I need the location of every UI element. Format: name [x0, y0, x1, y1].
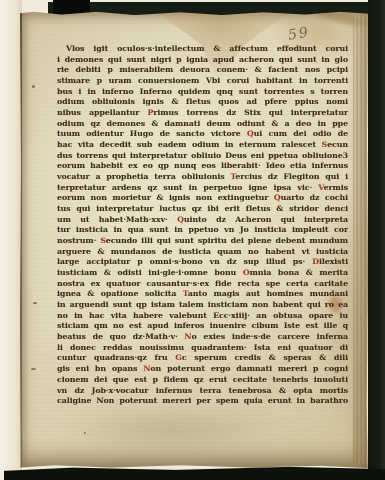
text-line: caligine Non poterunt mereri per spem qu… [57, 396, 348, 407]
line-text: ecun [327, 140, 348, 149]
line-text: ecundo illi qui sunt spiritu dei plene d… [106, 236, 348, 245]
line-text: um ut habet·Math·xxv· [57, 215, 177, 224]
margin-speck [33, 302, 37, 304]
line-text: mnia bona & merita [250, 268, 348, 277]
text-line: odium qz demones & damnati deum odiunt &… [57, 119, 348, 130]
line-text: gis eni bn opans [57, 364, 143, 373]
page-speck [84, 432, 86, 434]
photo-backdrop-right-band [368, 0, 385, 480]
rubricated-initial: Q [177, 215, 184, 224]
line-text: in arguendi sunt qp istam talem insticia… [57, 300, 348, 309]
rubricated-initial: Q [274, 193, 281, 202]
gutter-shadow [22, 11, 29, 468]
text-line: i demones qui sunt nigri p ignia apud ac… [57, 55, 348, 66]
line-text: rimus torrens dz Stix qui interpretatur [153, 108, 348, 117]
line-text: dus torrens qui interpretatur obliuio De… [57, 151, 348, 160]
rubricated-initial: D [312, 257, 319, 266]
line-text: rie debiti p miserabilem deuora conem· &… [57, 65, 348, 74]
line-text: stimare p uram conuersionem Vbi corui ha… [57, 76, 348, 85]
line-text: vocatur a prophetia terra obliuionis [57, 172, 231, 181]
text-line: no in hac vita habere valebunt Ecc·xiiij… [57, 311, 348, 322]
line-text: large accipiatur p omni·s·bono vn dz sup… [57, 257, 312, 266]
text-line: vn dz Job·x·vocatur infernus terra teneb… [57, 386, 348, 397]
text-line: eorum non morietur & ignis non extinguet… [57, 193, 348, 204]
line-text: sticiam qm no est apud inferos inuenire … [57, 321, 348, 330]
line-text: bus i in inferno Inferno quidem qnq sunt… [57, 87, 348, 96]
line-text: Vlos igit oculos·s·intellectum & affectu… [66, 44, 348, 53]
line-text: ilexisti [319, 257, 348, 266]
line-text: caligine Non poterunt mereri per spem qu… [57, 396, 348, 405]
text-line: eorum habebit ex eo qp nunq eos liberabi… [57, 161, 348, 172]
leaf-edges [353, 15, 368, 464]
text-line: odium obliuionis ignis & fletus quos ad … [57, 97, 348, 108]
text-line: Vlos igit oculos·s·intellectum & affectu… [57, 44, 348, 55]
line-text: anto magis aut homines mundani [188, 289, 348, 298]
line-text: eorum habebit ex eo qp nunq eos liberabi… [57, 161, 348, 170]
line-text: beatus de quo dz·Math·v· [57, 332, 184, 341]
text-line: li donec reddas nouissimu quadrantem· Is… [57, 343, 348, 354]
line-text: c sperum credis & speras & dili [182, 353, 348, 362]
text-line: tus qui interpretatur luctus qz ibi erit… [57, 204, 348, 215]
line-text: arguere & mundanos de iusticia quam no h… [57, 247, 348, 256]
photo-backdrop-bottom-strip [4, 466, 385, 480]
text-line: cionem dei que est p fidem qz erut cecit… [57, 375, 348, 386]
text-line: large accipiatur p omni·s·bono vn dz sup… [57, 257, 348, 268]
line-text: on poterunt ergo damnati mereri p cogni [150, 364, 348, 373]
line-text: ermis [324, 183, 348, 192]
text-line: beatus de quo dz·Math·v· No exies inde·s… [57, 332, 348, 343]
margin-speck [32, 85, 35, 88]
text-line: rie debiti p miserabilem deuora conem· &… [57, 65, 348, 76]
text-line: stimare p uram conuersionem Vbi corui ha… [57, 76, 348, 87]
text-line: nibus appellantur Primus torrens dz Stix… [57, 108, 348, 119]
line-text: ui cum dei odio de [254, 129, 348, 138]
rubricated-initial: N [184, 332, 191, 341]
text-line: vocatur a prophetia terra obliuionis Ter… [57, 172, 348, 183]
text-line: dus torrens qui interpretatur obliuio De… [57, 151, 348, 162]
line-text: cionem dei que est p fidem qz erut cecit… [57, 375, 348, 384]
text-line: cuntur quadrans·qz fru Gc sperum credis … [57, 353, 348, 364]
line-text: cuntur quadrans·qz fru [57, 353, 175, 362]
line-text: no in hac vita habere valebunt Ecc·xiiij… [57, 311, 348, 320]
margin-speck [31, 368, 36, 370]
text-line: tuum odientur Hugo de sancto victore Qui… [57, 129, 348, 140]
bottom-edge-shadow [20, 439, 368, 468]
text-line: bus i in inferno Inferno quidem qnq sunt… [57, 87, 348, 98]
line-text: tur insticia in qua sunt in ppetuo vn Jo… [57, 225, 348, 234]
line-text: odium qz demones & damnati deum odiunt &… [57, 119, 348, 128]
manuscript-page: 59 Vlos igit oculos·s·intellectum & affe… [20, 11, 368, 468]
line-text: i demones qui sunt nigri p ignia apud ac… [57, 55, 348, 64]
scanned-book-photo: 59 Vlos igit oculos·s·intellectum & affe… [0, 0, 385, 480]
line-text: vn dz Job·x·vocatur infernus terra teneb… [57, 386, 348, 395]
line-text: nostra ex quatuor causantur·s·ex fide re… [57, 279, 348, 288]
line-text: o exies inde·s·de carcere inferna [192, 332, 349, 341]
line-text: tuum odientur Hugo de sancto victore [57, 129, 247, 138]
text-line: iusticiam & odisti ini·gle·i·omne bonu O… [57, 268, 348, 279]
line-text: hac vita decedit sub eadem odium in eter… [57, 140, 322, 149]
text-line: gis eni bn opans Non poterunt ergo damna… [57, 364, 348, 375]
text-line: um ut habet·Math·xxv· Quinto dz Acheron … [57, 215, 348, 226]
line-text: iusticiam & odisti ini·gle·i·omne bonu [57, 268, 243, 277]
line-text: uarto dz cochi [281, 193, 348, 202]
text-line: sticiam qm no est apud inferos inuenire … [57, 321, 348, 332]
line-text: ercius dz Flegiton qui i [235, 172, 348, 181]
text-line: tur insticia in qua sunt in ppetuo vn Jo… [57, 225, 348, 236]
rubricated-initial: G [175, 353, 182, 362]
text-line: nostrum· Secundo illi qui sunt spiritu d… [57, 236, 348, 247]
line-text: terpretatur ardens qz sunt in perpetuo i… [57, 183, 318, 192]
line-text: li donec reddas nouissimu quadrantem· Is… [57, 343, 348, 352]
line-text: eorum non morietur & ignis non extinguet… [57, 193, 274, 202]
text-line: ignea & opatione solicita Tanto magis au… [57, 289, 348, 300]
text-line: arguere & mundanos de iusticia quam no h… [57, 247, 348, 258]
rubricated-initial: O [243, 268, 250, 277]
line-text: tus qui interpretatur luctus qz ibi erit… [57, 204, 348, 213]
text-block: Vlos igit oculos·s·intellectum & affectu… [57, 44, 348, 407]
line-text: uinto dz Acheron qui interpreta [184, 215, 348, 224]
line-text: nibus appellantur [57, 108, 147, 117]
text-line: hac vita decedit sub eadem odium in eter… [57, 140, 348, 151]
line-text: ignea & opatione solicita [57, 289, 183, 298]
line-text: odium obliuionis ignis & fletus quos ad … [57, 97, 348, 106]
rubricated-initial: Q [247, 129, 254, 138]
line-text: nostrum· [57, 236, 100, 245]
text-line: in arguendi sunt qp istam talem insticia… [57, 300, 348, 311]
text-line: terpretatur ardens qz sunt in perpetuo i… [57, 183, 348, 194]
text-line: nostra ex quatuor causantur·s·ex fide re… [57, 279, 348, 290]
